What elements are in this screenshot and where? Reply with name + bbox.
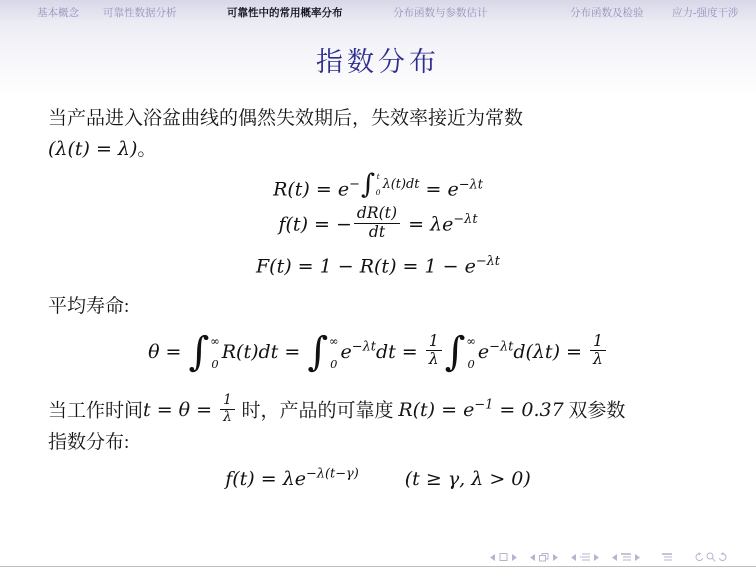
nav-reliability-data-analysis[interactable]: 可靠性数据分析 (103, 5, 177, 20)
prev-frame-icon[interactable] (530, 554, 535, 561)
two-param-formula-row: f(t) = λe−λ(t−γ)(t ≥ γ, λ > 0) (0, 466, 756, 490)
two-param-condition: (t ≥ γ, λ > 0) (405, 468, 531, 490)
two-param-pdf-formula: f(t) = λe−λ(t−γ) (225, 468, 359, 490)
working-time-line-1: 当工作时间t = θ = 1λ 时，产品的可靠度 R(t) = e−1 = 0.… (48, 390, 716, 428)
prev-section-icon[interactable] (612, 554, 617, 561)
slide-title: 指数分布 (0, 40, 756, 79)
working-time-paragraph: 当工作时间t = θ = 1λ 时，产品的可靠度 R(t) = e−1 = 0.… (48, 390, 716, 459)
nav-stress-strength-interference[interactable]: 应力-强度干涉 (672, 5, 739, 20)
cdf-formula: F(t) = 1 − R(t) = 1 − e−λt (0, 254, 756, 277)
intro-line-2: (λ(t) = λ)。 (48, 134, 716, 165)
nav-common-probability-distributions[interactable]: 可靠性中的常用概率分布 (227, 5, 343, 20)
back-icon[interactable] (694, 552, 704, 562)
working-time-line-2: 指数分布: (48, 427, 716, 458)
mean-life-label: 平均寿命: (48, 291, 716, 318)
next-section-icon[interactable] (635, 554, 640, 561)
prev-slide-icon[interactable] (490, 554, 495, 561)
nav-distribution-parameter-estimation[interactable]: 分布函数与参数估计 (393, 5, 488, 20)
search-icon[interactable] (706, 552, 716, 562)
next-slide-icon[interactable] (512, 554, 517, 561)
reliability-formula: R(t) = e−∫t0λ(t)dt = e−λt (0, 172, 756, 201)
beamer-nav-bar (490, 552, 728, 562)
mean-life-formula: θ = ∫∞0R(t)dt = ∫∞0e−λtdt = 1λ∫∞0e−λtd(λ… (0, 334, 756, 372)
section-icon[interactable] (621, 553, 631, 561)
frames-icon[interactable] (539, 553, 549, 562)
pdf-formula: f(t) = −dR(t)dt = λe−λt (0, 207, 756, 244)
next-frame-icon[interactable] (553, 554, 558, 561)
nav-basic-concepts[interactable]: 基本概念 (37, 5, 79, 20)
next-subsection-icon[interactable] (594, 554, 599, 561)
forward-icon[interactable] (718, 552, 728, 562)
section-nav: 基本概念 可靠性数据分析 可靠性中的常用概率分布 分布函数与参数估计 分布函数及… (0, 0, 756, 22)
appendix-icon[interactable] (662, 553, 672, 561)
beamer-slide: 基本概念 可靠性数据分析 可靠性中的常用概率分布 分布函数与参数估计 分布函数及… (0, 0, 756, 567)
slide-icon[interactable] (499, 553, 508, 561)
intro-paragraph: 当产品进入浴盆曲线的偶然失效期后，失效率接近为常数 (λ(t) = λ)。 (48, 103, 716, 165)
subsection-icon[interactable] (580, 553, 590, 561)
prev-subsection-icon[interactable] (571, 554, 576, 561)
nav-distribution-testing[interactable]: 分布函数及检验 (570, 5, 644, 20)
intro-line-1: 当产品进入浴盆曲线的偶然失效期后，失效率接近为常数 (48, 103, 716, 134)
